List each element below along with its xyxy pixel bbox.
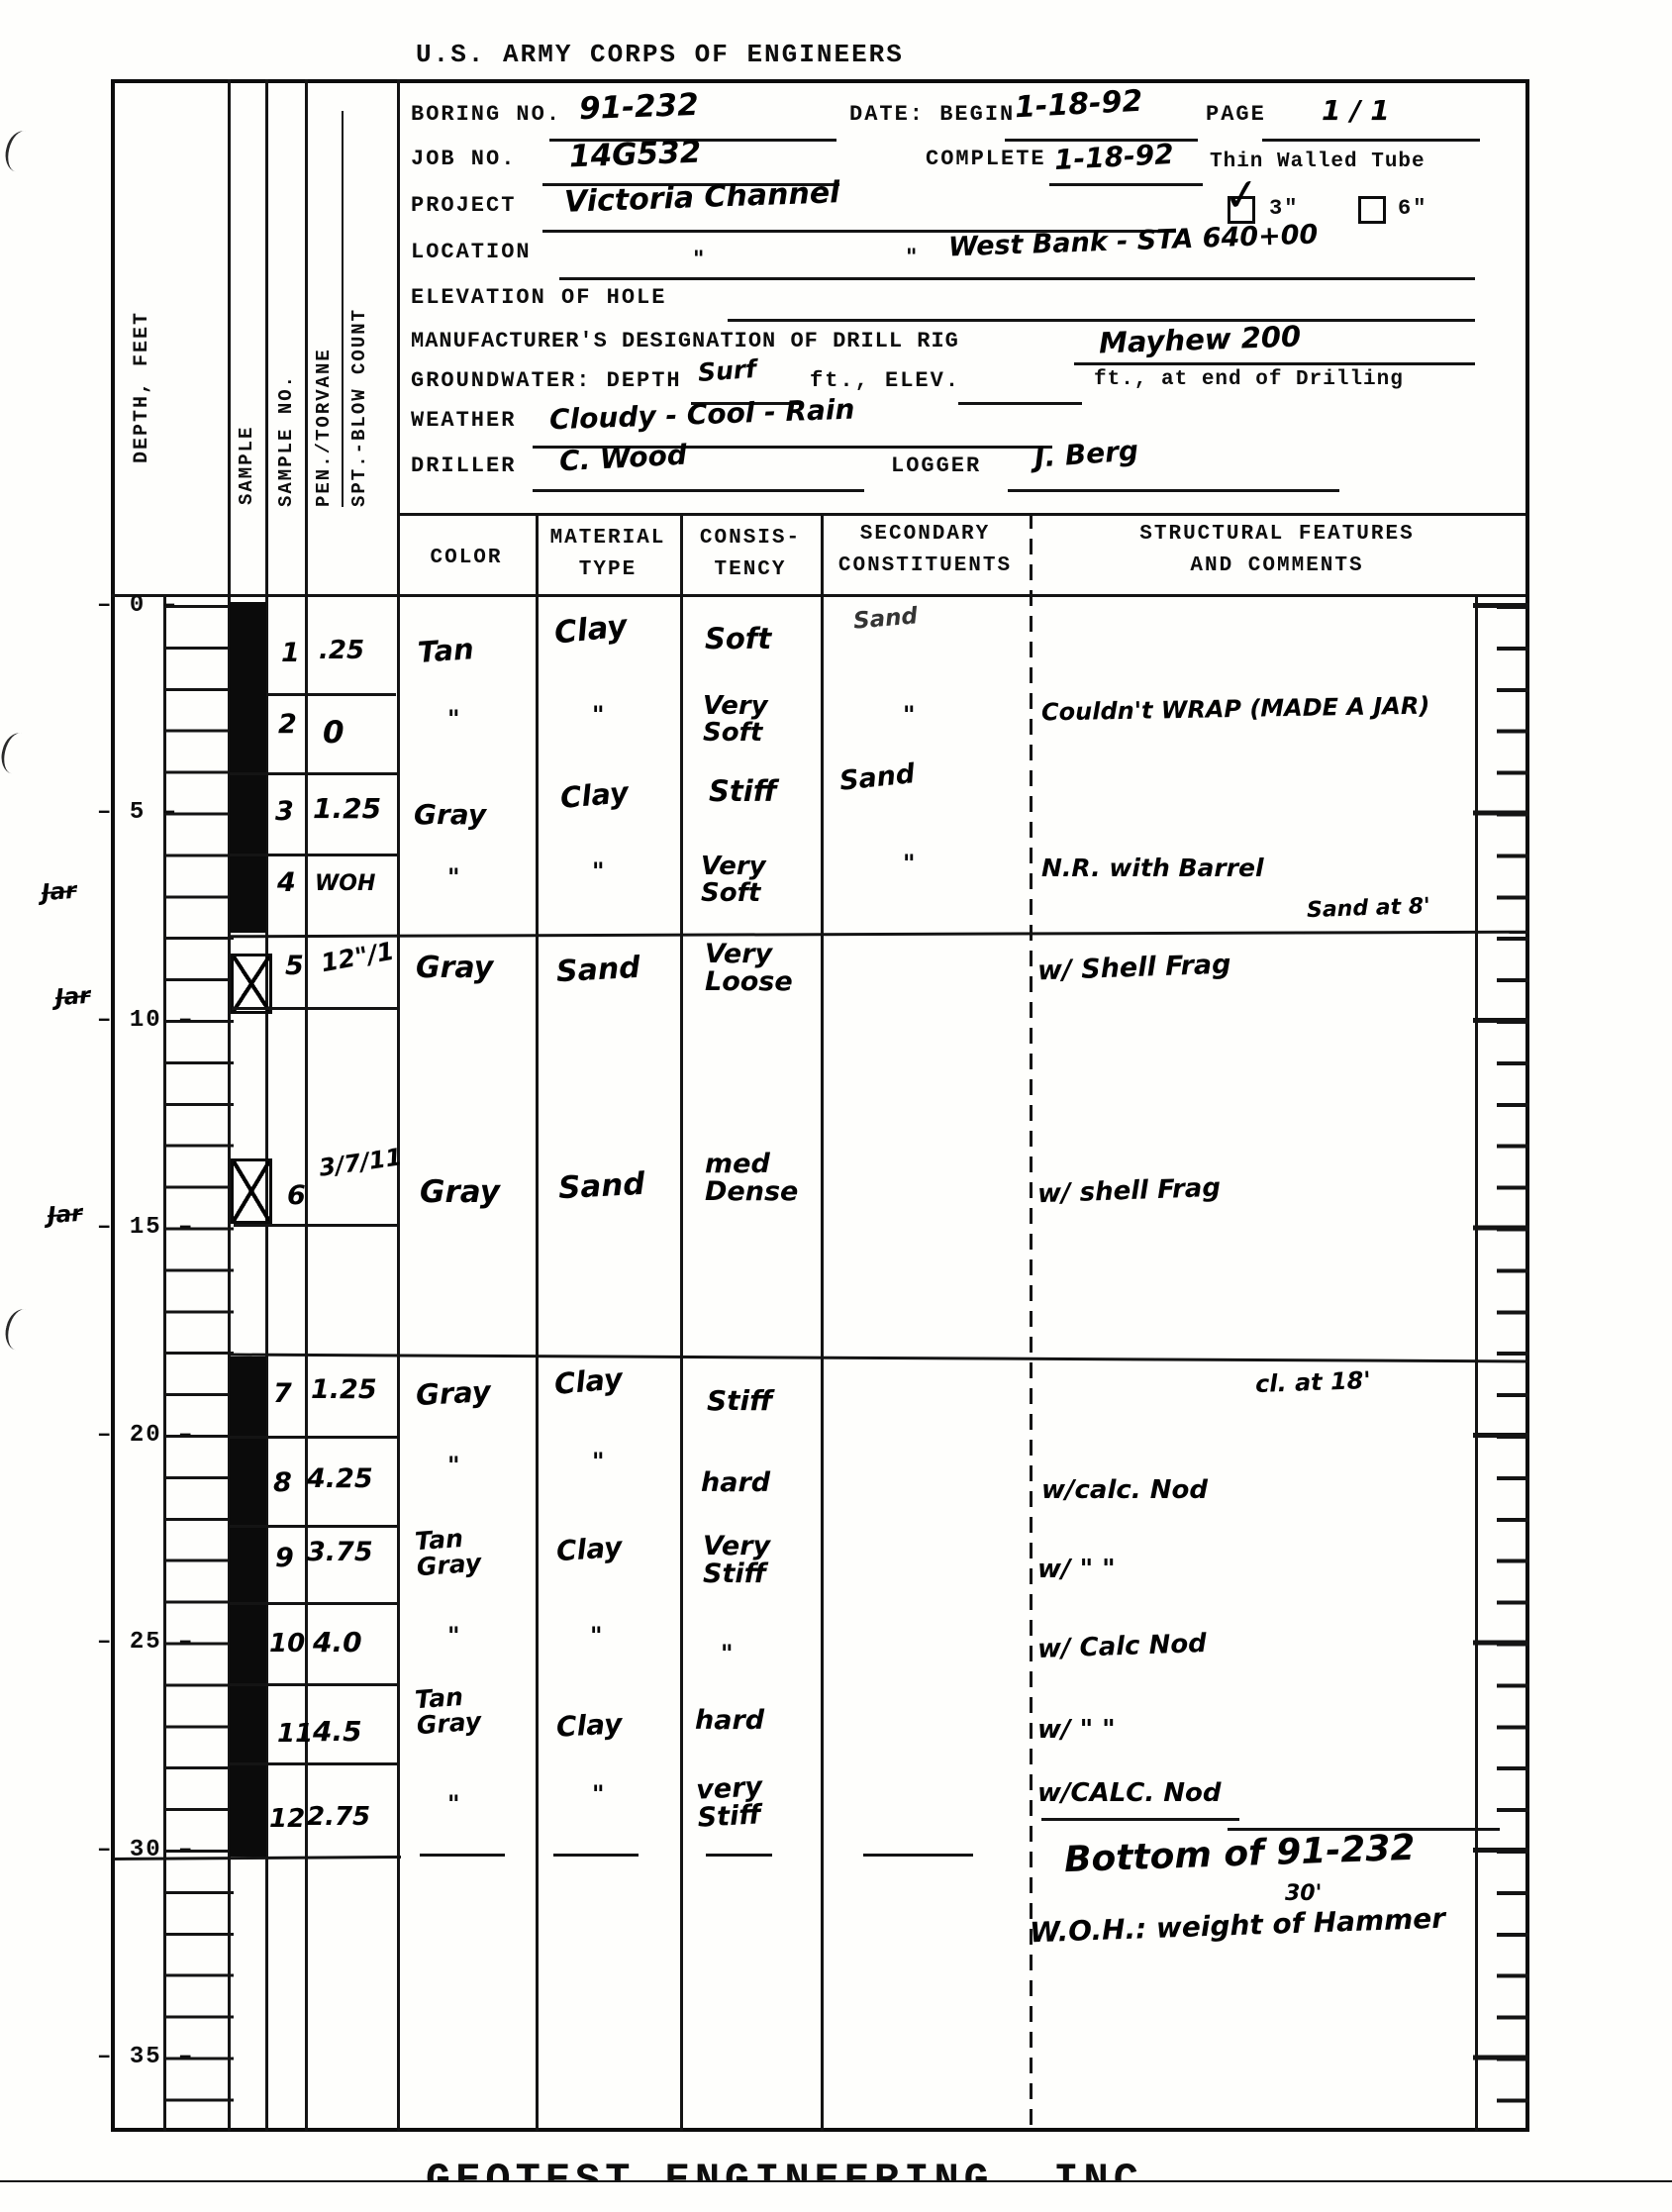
grid-line: [821, 513, 824, 2131]
pen-blow-divider-line: [342, 111, 344, 507]
comment-2: Sand at 8': [1307, 894, 1431, 923]
consistency-value: hard: [701, 1467, 770, 1498]
grid-line: [536, 513, 539, 2131]
pen-value: WOH: [315, 871, 375, 896]
underline: [533, 489, 864, 492]
sample-bar-upper: [230, 602, 266, 933]
col-header-structural: STRUCTURAL FEATURES: [1030, 523, 1524, 546]
side-label-pen-torvane: PEN./TORVANE: [313, 348, 335, 507]
date-complete-value: 1-18-92: [1053, 138, 1174, 176]
underline: [1049, 183, 1203, 186]
groundwater-mid-label: ft., ELEV.: [810, 368, 960, 393]
comment: w/ Calc Nod: [1037, 1629, 1208, 1664]
cell-separator: [230, 854, 398, 856]
consistency-value: Very Loose: [705, 941, 793, 997]
depth-label-0: 0: [97, 592, 143, 619]
side-label-spt-blow-count: SPT.-BLOW COUNT: [348, 308, 370, 507]
logger-label: LOGGER: [891, 453, 981, 478]
consistency-value: very Stiff: [696, 1773, 765, 1833]
col-header-material-2: TYPE: [536, 558, 680, 581]
underline: [958, 402, 1082, 405]
grid-line: [680, 513, 683, 2131]
date-begin-label: DATE: BEGIN: [849, 102, 1015, 127]
color-ditto: ": [447, 1622, 460, 1650]
side-label-sample: SAMPLE: [236, 426, 257, 505]
project-label: PROJECT: [411, 193, 516, 218]
underline: [1008, 489, 1339, 492]
consistency-ditto: ": [721, 1640, 734, 1667]
grid-line: [1030, 513, 1033, 2131]
rule-line: [111, 594, 1525, 597]
sample-no: 1: [281, 638, 300, 668]
material-value: Clay: [559, 775, 631, 815]
complete-label: COMPLETE: [926, 147, 1046, 171]
margin-note-jar: Jar: [54, 983, 91, 1011]
cell-separator: [230, 1602, 398, 1605]
boring-no-label: BORING NO.: [411, 102, 561, 127]
groundwater-label: GROUNDWATER: DEPTH: [411, 368, 682, 393]
rule-line: [397, 513, 1525, 516]
footer-company-name: GEOTEST ENGINEERING, INC: [426, 2157, 1143, 2182]
checkmark-icon: ✓: [1221, 168, 1264, 224]
color-ditto: ": [447, 863, 460, 891]
sample-no: 6: [287, 1180, 306, 1211]
material-ditto: ": [592, 857, 605, 885]
pen-value: 4.25: [307, 1463, 373, 1494]
depth-label-20: 20: [97, 1422, 143, 1449]
pen-value: 1.25: [313, 792, 381, 825]
secondary-ditto: ": [903, 701, 916, 729]
tube-6in-label: 6": [1398, 196, 1427, 221]
consistency-value: Stiff: [707, 1384, 772, 1417]
margin-note-jar: Jar: [47, 1201, 83, 1229]
side-label-sample-no: SAMPLE NO.: [275, 374, 297, 507]
boring-no-value: 91-232: [578, 87, 699, 127]
page-value: 1 / 1: [1322, 94, 1390, 127]
underline: [1074, 362, 1475, 365]
pen-value: 3.75: [307, 1537, 373, 1567]
comment: N.R. with Barrel: [1041, 854, 1264, 882]
consistency-value: Very Soft: [703, 693, 768, 748]
sample-bar-lower: [230, 1357, 266, 1857]
driller-value: C. Wood: [558, 439, 687, 478]
consistency-value: med Dense: [705, 1151, 798, 1207]
scan-edge-line: [0, 2180, 1672, 2182]
cell-separator: [230, 1525, 398, 1528]
sample-no: 8: [273, 1467, 292, 1498]
color-ditto: ": [447, 705, 460, 733]
grid-line: [397, 79, 400, 2131]
sample-6-split-spoon-symbol: [231, 1158, 272, 1224]
sample-no: 10: [269, 1629, 305, 1659]
consistency-value: Very Soft: [701, 854, 766, 908]
rig-value: Mayhew 200: [1098, 319, 1301, 359]
depth-label-15: 15: [97, 1214, 143, 1241]
color-ditto: ": [447, 1452, 460, 1479]
depth-label-5: 5: [97, 799, 143, 826]
depth-label-35: 35: [97, 2044, 143, 2070]
cell-separator: [230, 1762, 398, 1765]
color-value: Tan: [417, 632, 475, 669]
color-value: Gray: [414, 798, 486, 831]
side-label-depth-feet: DEPTH, FEET: [131, 311, 153, 463]
scan-artifact: [1, 128, 39, 175]
comment: cl. at 18': [1255, 1366, 1372, 1398]
consistency-value: hard: [695, 1705, 764, 1736]
pen-value: 0: [323, 715, 344, 751]
margin-note-jar: Jar: [41, 878, 77, 906]
depth-label-25: 25: [97, 1629, 143, 1656]
location-label: LOCATION: [411, 240, 532, 264]
material-value: Clay: [553, 1361, 625, 1401]
elevation-label: ELEVATION OF HOLE: [411, 285, 666, 310]
job-no-label: JOB NO.: [411, 147, 516, 171]
col-header-secondary-2: CONSTITUENTS: [821, 554, 1030, 577]
col-header-secondary: SECONDARY: [821, 523, 1030, 546]
pen-value: 2.75: [307, 1802, 370, 1832]
color-value: Gray: [415, 1374, 491, 1412]
color-value: Gray: [416, 951, 493, 985]
footer-clip: GEOTEST ENGINEERING, INC: [426, 2157, 1317, 2182]
consistency-value: Stiff: [709, 774, 777, 808]
location-ditto-2: ": [906, 246, 917, 270]
bottom-dash: [420, 1854, 505, 1857]
cell-separator: [230, 772, 398, 775]
col-header-structural-2: AND COMMENTS: [1030, 554, 1524, 577]
color-value: Gray: [420, 1174, 500, 1210]
sample-no: 5: [285, 951, 304, 981]
tube-3in-label: 3": [1269, 196, 1299, 221]
underline: [728, 319, 1475, 322]
page-label: PAGE: [1206, 102, 1266, 127]
location-ditto-1: ": [693, 248, 704, 272]
comment-underline: [1041, 1818, 1239, 1821]
pen-value: 1.25: [311, 1374, 377, 1405]
secondary-ditto: ": [903, 850, 916, 877]
sample-no: 4: [277, 867, 296, 898]
pen-value: 4.5: [313, 1715, 362, 1748]
cell-separator: [234, 1224, 400, 1227]
scan-artifact: [1, 1306, 39, 1354]
material-value: Clay: [555, 1531, 624, 1568]
sample-no: 7: [273, 1378, 292, 1409]
col-header-color: COLOR: [397, 547, 536, 569]
tube-6in-checkbox[interactable]: [1358, 196, 1386, 224]
cell-separator: [267, 693, 396, 696]
material-ditto: ": [592, 1780, 605, 1808]
color-value: Tan Gray: [414, 1683, 482, 1740]
cell-separator: [230, 1436, 398, 1439]
color-ditto: ": [447, 1790, 460, 1818]
comment: w/ " ": [1037, 1715, 1116, 1745]
consistency-value: Very Stiff: [703, 1533, 770, 1589]
consistency-value: Soft: [705, 622, 771, 655]
cell-separator: [232, 1007, 400, 1010]
underline: [1262, 139, 1480, 142]
sample-5-split-spoon-symbol: [231, 954, 272, 1014]
material-value: Sand: [555, 951, 640, 989]
material-ditto: ": [592, 1448, 605, 1475]
bottom-dash: [863, 1854, 973, 1857]
col-header-consistency-2: TENCY: [680, 558, 821, 581]
sample-no: 12: [269, 1804, 305, 1834]
date-begin-value: 1-18-92: [1014, 84, 1143, 126]
pen-value: 4.0: [313, 1626, 362, 1659]
material-value: Clay: [552, 608, 629, 651]
cell-separator: [230, 1683, 398, 1686]
scan-artifact: [0, 730, 36, 777]
material-ditto: ": [592, 701, 605, 729]
sample-no: 3: [275, 796, 294, 827]
bottom-dash: [706, 1854, 772, 1857]
material-value: Sand: [557, 1166, 645, 1207]
col-header-material: MATERIAL: [536, 527, 680, 550]
page-title: U.S. ARMY CORPS OF ENGINEERS: [416, 40, 904, 69]
material-ditto: ": [590, 1622, 603, 1650]
rig-label: MANUFACTURER'S DESIGNATION OF DRILL RIG: [411, 329, 959, 353]
boring-log-page: U.S. ARMY CORPS OF ENGINEERS BORING NO. …: [0, 0, 1672, 2212]
groundwater-depth-value: Surf: [697, 354, 757, 387]
col-header-consistency: CONSIS-: [680, 527, 821, 550]
depth-label-10: 10: [97, 1007, 143, 1034]
woh-superscript: 30': [1285, 1881, 1322, 1906]
sample-no: 9: [275, 1543, 294, 1573]
material-value: Clay: [555, 1707, 623, 1743]
color-value: Tan Gray: [414, 1525, 482, 1581]
comment: w/ " ": [1037, 1555, 1116, 1584]
weather-label: WEATHER: [411, 408, 516, 433]
bottom-dash: [553, 1854, 639, 1857]
sample-no: 11: [277, 1719, 313, 1749]
job-no-value: 14G532: [568, 135, 701, 175]
comment: w/CALC. Nod: [1037, 1778, 1222, 1808]
sample-no: 2: [278, 709, 297, 740]
comment: w/calc. Nod: [1041, 1475, 1208, 1505]
pen-value: .25: [319, 636, 364, 665]
underline: [559, 277, 1475, 280]
groundwater-end-label: ft., at end of Drilling: [1094, 368, 1404, 391]
driller-label: DRILLER: [411, 453, 516, 478]
